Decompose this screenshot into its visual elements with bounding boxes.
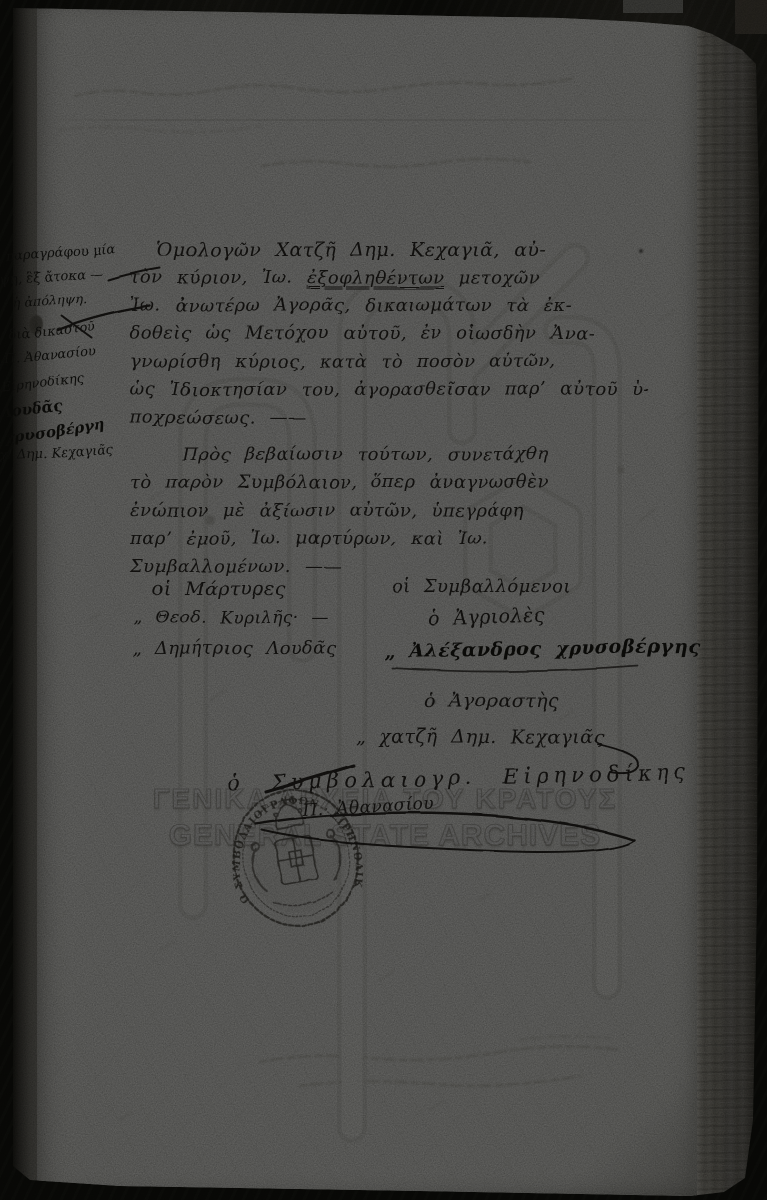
pen-flourishes bbox=[0, 0, 767, 1200]
archival-document-scan: ΓΕΝΙΚΑ ΑΡΧΕΙΑ ΤΟΥ ΚΡΑΤΟΥΣ GENERAL STATE … bbox=[0, 0, 767, 1200]
